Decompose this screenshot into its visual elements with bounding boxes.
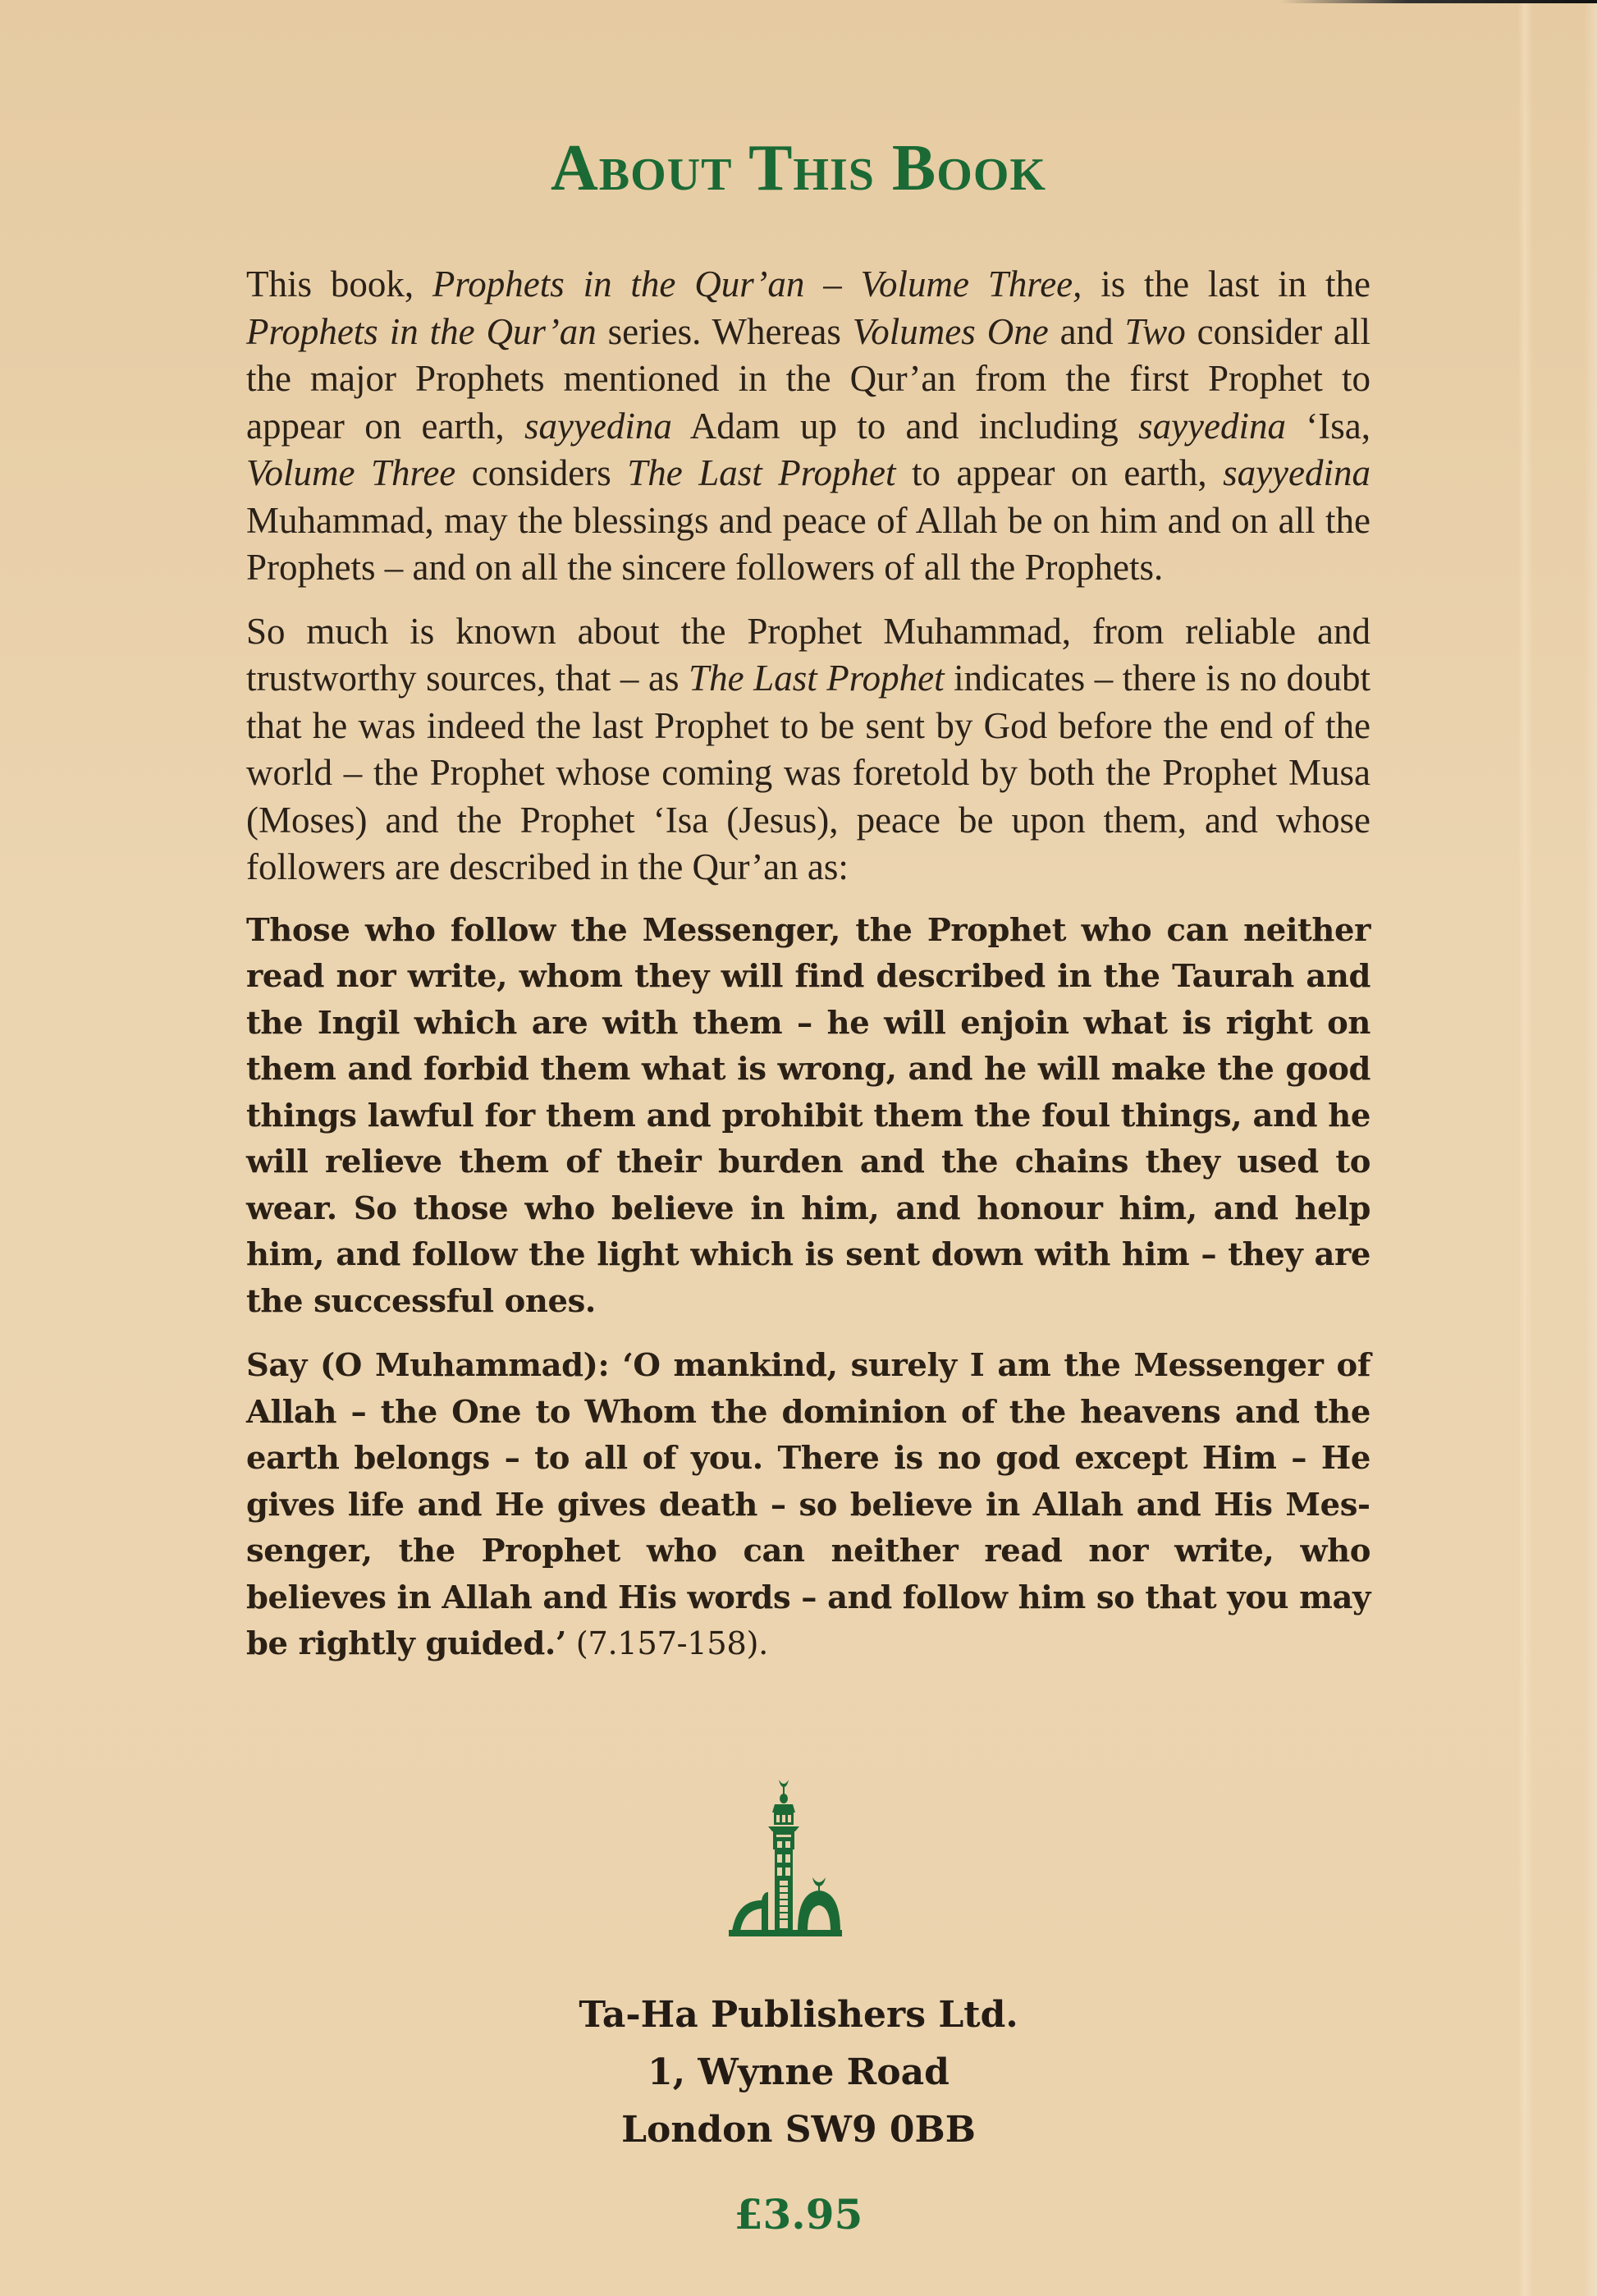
text-run: series. Whereas <box>597 311 853 352</box>
quote-passage-1: Those who follow the Messenger, the Prop… <box>246 908 1370 1326</box>
text-run: to appear on earth, <box>896 452 1224 493</box>
quote-text: Say (O Muhammad): ‘O mankind, surely I a… <box>246 1347 1370 1662</box>
italic-text-run: sayyedina <box>524 406 672 447</box>
italic-text-run: Prophets in the Qur’an – Volume Three, <box>432 264 1082 305</box>
paragraph-context: So much is known about the Prophet Muham… <box>246 608 1370 891</box>
paragraph-intro: This book, Prophets in the Qur’an – Volu… <box>246 261 1370 592</box>
publisher-name: Ta-Ha Publishers Ltd. <box>0 1987 1597 2044</box>
italic-text-run: Prophets in the Qur’an <box>246 311 597 352</box>
page-title: About This Book <box>0 131 1597 205</box>
text-run: is the last in the <box>1082 264 1370 305</box>
text-run: Adam up to and including <box>672 406 1138 447</box>
text-run: and <box>1049 311 1125 352</box>
text-run: This book, <box>246 264 432 305</box>
top-shadow-edge <box>1280 0 1597 3</box>
italic-text-run: Volumes One <box>853 311 1049 352</box>
price-label: £3.95 <box>0 2190 1597 2239</box>
address-city-postcode: London SW9 0BB <box>0 2101 1597 2159</box>
quote-passage-2: Say (O Muhammad): ‘O mankind, surely I a… <box>246 1343 1370 1668</box>
text-run: considers <box>455 452 627 493</box>
text-run: ‘Isa, <box>1286 406 1370 447</box>
italic-text-run: Volume Three <box>246 452 455 493</box>
quran-reference: (7.157-158). <box>566 1625 768 1662</box>
text-run: Muhammad, may the blessings and peace of… <box>246 500 1370 589</box>
italic-text-run: sayyedina <box>1223 452 1370 493</box>
italic-text-run: The Last Prophet <box>627 452 895 493</box>
minaret-dome-publisher-logo-icon <box>722 1777 845 1941</box>
italic-text-run: sayyedina <box>1138 406 1286 447</box>
italic-text-run: The Last Prophet <box>689 658 945 699</box>
quote-text: Those who follow the Messenger, the Prop… <box>246 912 1370 1320</box>
address-street: 1, Wynne Road <box>0 2044 1597 2101</box>
blurb-text: This book, Prophets in the Qur’an – Volu… <box>246 261 1370 1686</box>
italic-text-run: Two <box>1125 311 1186 352</box>
publisher-address: Ta-Ha Publishers Ltd. 1, Wynne Road Lond… <box>0 1987 1597 2159</box>
